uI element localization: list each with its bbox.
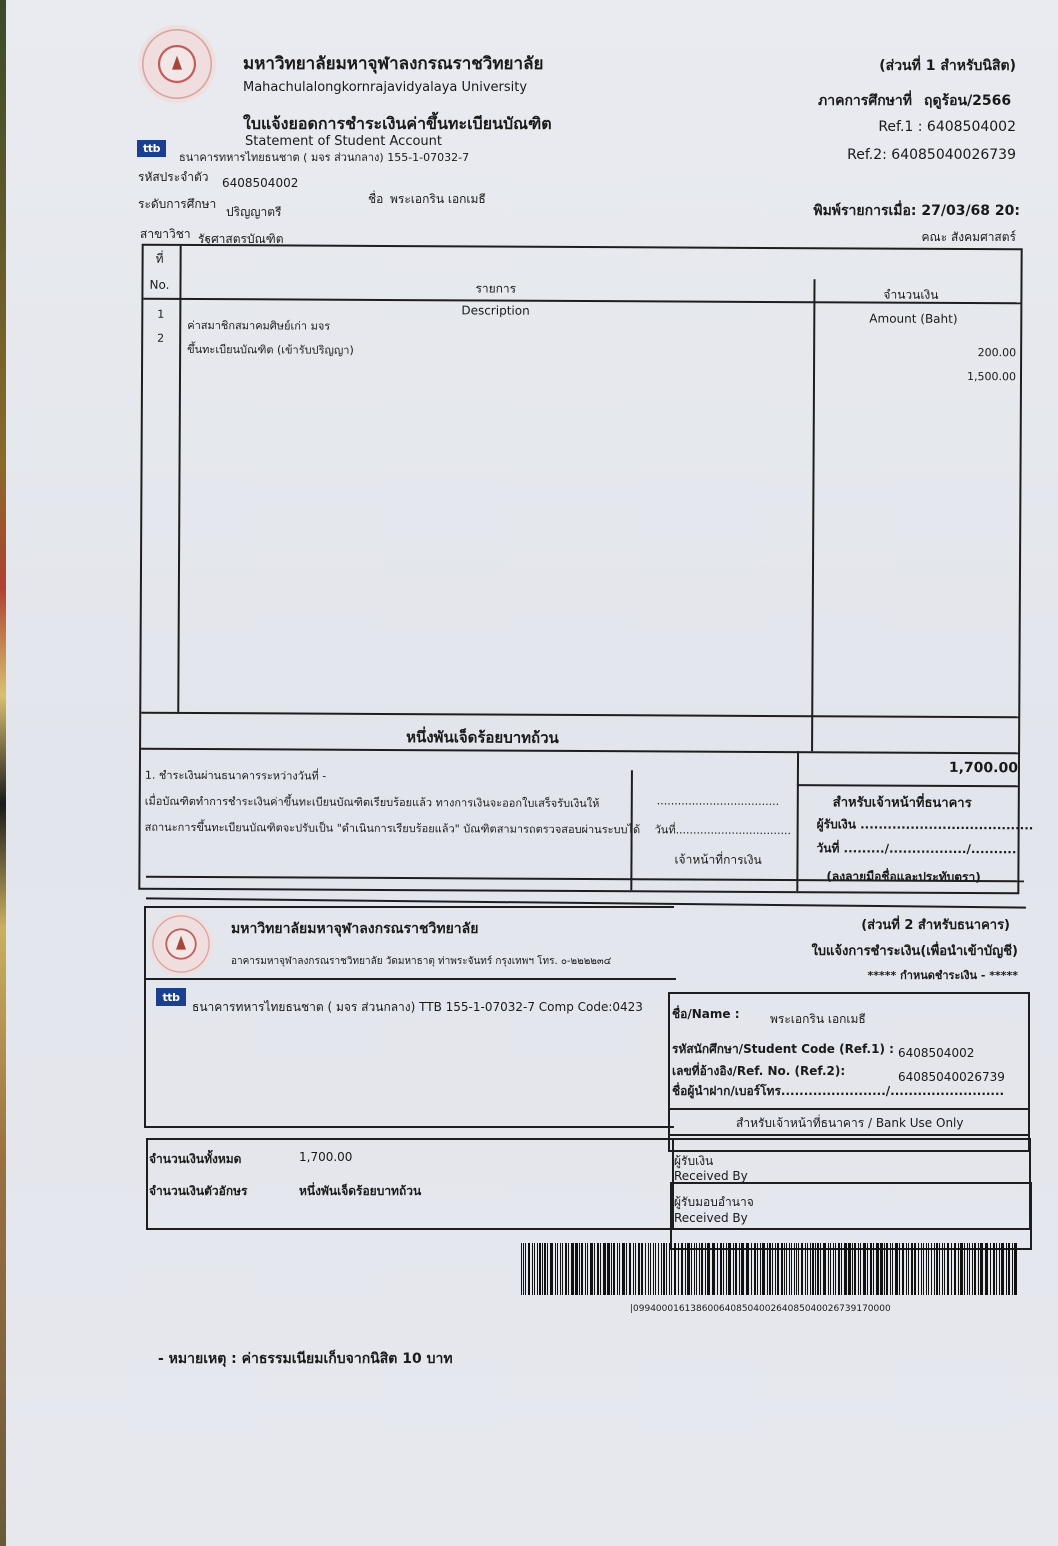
authorized-th: ผู้รับมอบอำนาจ — [674, 1193, 754, 1212]
col-amount-en: Amount (Baht) — [869, 312, 957, 326]
authorized-en: Received By — [674, 1211, 748, 1225]
received-by-en: Received By — [674, 1169, 748, 1183]
payment-note-3: สถานะการขึ้นทะเบียนบัณฑิตจะปรับเป็น "ดำเ… — [145, 818, 641, 839]
major-label: สาขาวิชา — [140, 225, 191, 244]
finance-date: วันที่................................. — [655, 820, 791, 839]
payment-note-1: 1. ชำระเงินผ่านธนาคารระหว่างวันที่ - — [145, 766, 326, 785]
statement-paper: มหาวิทยาลัยมหาจุฬาลงกรณราชวิทยาลัย Mahac… — [6, 0, 1058, 1546]
row-2-desc: ขึ้นทะเบียนบัณฑิต (เข้ารับปริญญา) — [187, 340, 354, 359]
bank-officer-title: สำหรับเจ้าหน้าที่ธนาคาร — [833, 791, 972, 813]
due-date-line: ***** กำหนดชำระเงิน - ***** — [868, 966, 1018, 984]
row-1-no: 1 — [157, 308, 164, 321]
ref1: Ref.1 : 6408504002 — [878, 119, 1016, 135]
university-name-th: มหาวิทยาลัยมหาจุฬาลงกรณราชวิทยาลัย — [243, 50, 543, 77]
bank-account-line: ธนาคารทหารไทยธนชาต ( มจร ส่วนกลาง) 155-1… — [179, 148, 469, 166]
ttb-bank-logo-icon: ttb — [137, 140, 166, 157]
student-id-value: 6408504002 — [222, 176, 298, 190]
university-seal-small-icon — [149, 912, 213, 976]
university-name-en: Mahachulalongkornrajavidyalaya Universit… — [243, 80, 527, 95]
document-title-en: Statement of Student Account — [245, 134, 442, 149]
part2-university-name: มหาวิทยาลัยมหาจุฬาลงกรณราชวิทยาลัย — [231, 918, 478, 940]
ref-no-label: เลขที่อ้างอิง/Ref. No. (Ref.2): — [672, 1062, 845, 1081]
part2-label: (ส่วนที่ 2 สำหรับธนาคาร) — [861, 914, 1010, 935]
depositor-field[interactable]: ชื่อผู้นำฝาก/เบอร์โทร...................… — [672, 1082, 1004, 1101]
student-name-value: พระเอกริน เอกเมธี — [390, 190, 486, 209]
part2-form-title: ใบแจ้งการชำระเงิน(เพื่อนำเข้าบัญชี) — [811, 940, 1018, 961]
amount-words-label: จำนวนเงินตัวอักษร — [149, 1182, 247, 1201]
finance-signature-line: ................................... — [657, 794, 779, 808]
education-level-value: ปริญญาตรี — [226, 203, 282, 222]
col-no-en: No. — [149, 278, 169, 292]
university-seal-icon — [138, 25, 216, 103]
total-amount: 1,700.00 — [949, 760, 1018, 776]
col-desc-en: Description — [461, 303, 529, 317]
total-amount-value: 1,700.00 — [299, 1150, 352, 1164]
student-code-value: 6408504002 — [898, 1046, 974, 1060]
col-amount-th: จำนวนเงิน — [883, 286, 938, 305]
bank-sign-note: (ลงลายมือชื่อและประทับตรา) — [826, 867, 980, 887]
row-2-amount: 1,500.00 — [967, 370, 1016, 383]
semester-value: ฤดูร้อน/2566 — [924, 90, 1011, 112]
student-code-label: รหัสนักศึกษา/Student Code (Ref.1) : — [672, 1040, 894, 1059]
student-id-label: รหัสประจำตัว — [138, 168, 209, 187]
semester-label: ภาคการศึกษาที่ — [818, 90, 912, 112]
bank-receiver: ผู้รับเงิน .............................… — [817, 815, 1034, 835]
part2-bank-line: ธนาคารทหารไทยธนชาต ( มจร ส่วนกลาง) TTB 1… — [192, 998, 643, 1017]
part1-label: (ส่วนที่ 1 สำหรับนิสิต) — [879, 55, 1016, 77]
payment-note-2: เมื่อบัณฑิตทำการชำระเงินค่าขึ้นทะเบียนบั… — [145, 792, 600, 812]
row-2-no: 2 — [157, 332, 164, 345]
education-level-label: ระดับการศึกษา — [138, 195, 216, 214]
amount-words-value: หนึ่งพันเจ็ดร้อยบาทถ้วน — [299, 1182, 421, 1201]
total-in-words: หนึ่งพันเจ็ดร้อยบาทถ้วน — [406, 725, 559, 750]
payer-name-value: พระเอกริน เอกเมธี — [770, 1010, 866, 1029]
col-desc-th: รายการ — [475, 279, 516, 298]
bank-date: วันที่ ........./................./.....… — [816, 839, 1016, 859]
ref2: Ref.2: 64085040026739 — [847, 147, 1016, 163]
barcode-text: |099400016138600640850400264085040026739… — [630, 1304, 891, 1314]
col-no-th: ที่ — [156, 250, 164, 269]
ttb-bank-logo-icon-2: ttb — [156, 988, 186, 1006]
item-table: ที่ No. รายการ Description จำนวนเงิน Amo… — [138, 244, 1022, 895]
total-amount-label: จำนวนเงินทั้งหมด — [149, 1150, 241, 1169]
row-1-amount: 200.00 — [978, 346, 1017, 359]
bank-use-only: สำหรับเจ้าหน้าที่ธนาคาร / Bank Use Only — [736, 1114, 964, 1133]
finance-officer: เจ้าหน้าที่การเงิน — [674, 850, 761, 869]
faculty: คณะ สังคมศาสตร์ — [922, 228, 1016, 247]
student-name-label: ชื่อ — [368, 190, 383, 209]
payer-name-label: ชื่อ/Name : — [672, 1005, 740, 1024]
payment-barcode — [521, 1243, 1021, 1295]
part2-address: อาคารมหาจุฬาลงกรณราชวิทยาลัย วัดมหาธาตุ … — [231, 954, 611, 969]
remark: - หมายเหตุ : ค่าธรรมเนียมเก็บจากนิสิต 10… — [158, 1348, 453, 1370]
row-1-desc: ค่าสมาชิกสมาคมศิษย์เก่า มจร — [187, 316, 330, 335]
printed-at: พิมพ์รายการเมื่อ: 27/03/68 20: — [813, 200, 1020, 222]
